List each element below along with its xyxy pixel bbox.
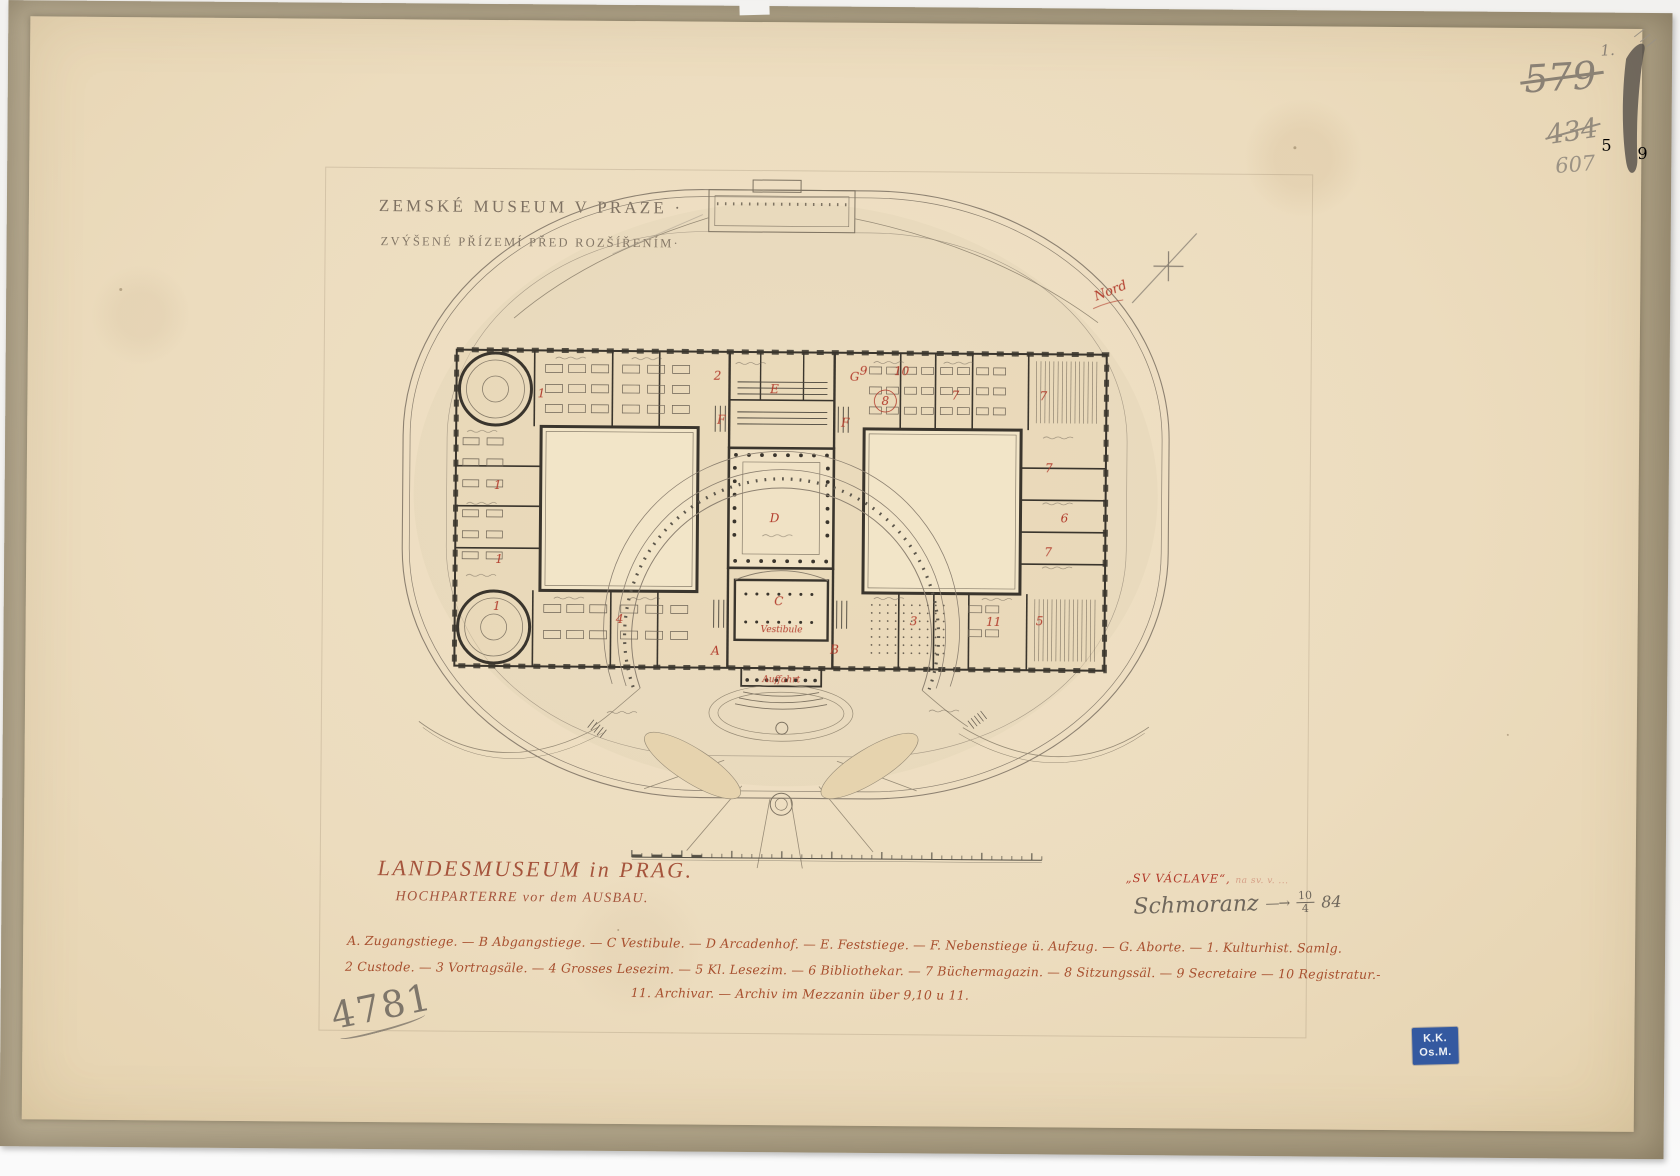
vestibule-label: Vestibule	[761, 625, 803, 635]
paper-speck	[119, 288, 122, 291]
auffahrt-label: Auffahrt	[761, 675, 800, 685]
building-block	[454, 350, 1107, 712]
plan-key-6: 6	[1061, 511, 1069, 525]
plan-key-1: 1	[494, 478, 502, 492]
legend-line-3: 11. Archivar. — Archiv im Mezzanin über …	[631, 985, 969, 1003]
edge-pencil-scrawl: 5 9	[1599, 29, 1664, 189]
accession-number-434: 434	[1545, 115, 1600, 149]
plan-key-5: 5	[1036, 614, 1044, 628]
mount-edge-notch	[739, 1, 769, 16]
plan-key-B: B	[829, 643, 839, 657]
arcade-court	[728, 448, 834, 569]
plan-key-F: F	[716, 413, 726, 427]
accession-579-digits: 579	[1523, 56, 1598, 98]
accession-number-579: 579 1.	[1523, 56, 1598, 98]
plan-key-7: 7	[952, 389, 960, 403]
paper-speck	[1507, 734, 1509, 736]
plan-key-1: 1	[493, 599, 501, 613]
plan-key-A: A	[710, 644, 720, 658]
plan-key-9: 9	[860, 364, 868, 378]
german-subtitle: HOCHPARTERRE vor dem AUSBAU.	[395, 889, 648, 907]
plan-key-G: G	[850, 370, 860, 384]
plan-key-10: 10	[894, 364, 910, 378]
plan-key-7: 7	[1044, 545, 1052, 559]
signature-flourish: —→	[1265, 895, 1289, 912]
architect-signature: Schmoranz —→ 10 4 84	[1133, 889, 1342, 920]
stamp-line-2: Os.M.	[1419, 1045, 1452, 1060]
floor-plan-drawing: Nord E2FFG89107777611114DCAB3115 Vestibu…	[392, 165, 1217, 871]
plan-key-D: D	[769, 511, 780, 525]
plan-key-E: E	[769, 382, 779, 396]
plan-key-3: 3	[910, 614, 918, 628]
date-year: 84	[1321, 892, 1342, 912]
plan-key-7: 7	[1045, 461, 1053, 475]
red-note-faint-script: na sv. v. ...	[1235, 876, 1288, 886]
plan-key-F: F	[840, 416, 850, 430]
plan-key-11: 11	[986, 615, 1001, 629]
north-label: Nord	[1091, 278, 1129, 305]
plan-key-1: 1	[495, 552, 503, 566]
accession-number-607: 607	[1554, 151, 1596, 178]
date-fraction: 10 4	[1296, 890, 1315, 915]
plan-key-7: 7	[1040, 389, 1048, 403]
plan-key-8: 8	[882, 394, 890, 408]
drawing-sheet: ZEMSKÉ MUSEUM V PRAZE · ZVÝŠENÉ PŘÍZEMÍ …	[22, 16, 1643, 1132]
plan-key-1: 1	[538, 386, 546, 400]
edge-digit-5: 5	[1601, 136, 1611, 155]
plan-key-C: C	[774, 594, 783, 608]
scanned-drawing-scene: ZEMSKÉ MUSEUM V PRAZE · ZVÝŠENÉ PŘÍZEMÍ …	[0, 0, 1672, 1159]
paper-speck	[1293, 146, 1296, 149]
scale-bar	[632, 850, 1042, 863]
paper-speck	[617, 929, 619, 931]
red-archival-note: „SV VÁCLAVE“, na sv. v. ...	[1126, 871, 1289, 886]
stamp-line-1: K.K.	[1423, 1032, 1447, 1046]
fountain-basin	[770, 793, 792, 815]
museum-stamp: K.K. Os.M.	[1412, 1027, 1459, 1065]
edge-digit-9: 9	[1637, 144, 1647, 163]
plan-key-2: 2	[713, 369, 722, 383]
signature-name: Schmoranz	[1133, 891, 1259, 919]
plan-key-4: 4	[615, 612, 624, 626]
